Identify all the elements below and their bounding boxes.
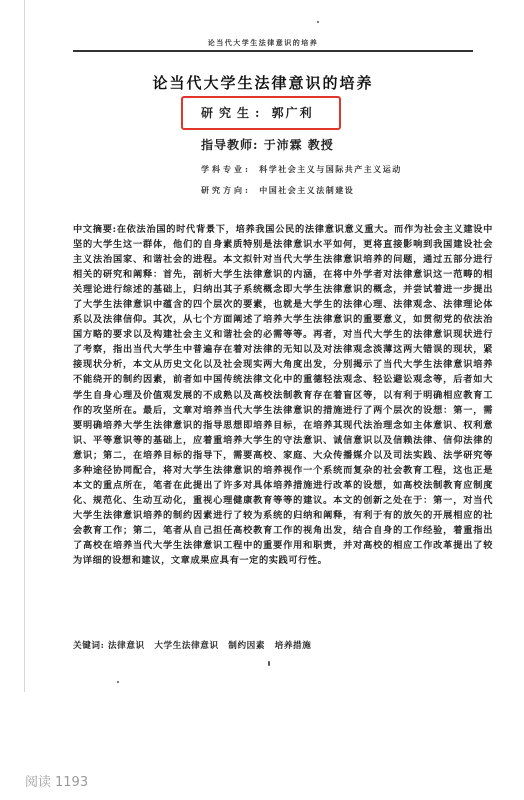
keywords-label: 关键词:	[73, 641, 104, 651]
research-direction-line: 研究方向: 中国社会主义法制建设	[201, 185, 354, 196]
header-rule	[73, 50, 473, 52]
discipline-label: 学科专业:	[201, 164, 251, 174]
abstract-label: 中文摘要:	[73, 224, 117, 235]
scan-speck	[317, 21, 319, 23]
scan-speck	[117, 681, 119, 683]
abstract-paragraph: 中文摘要:在依法治国的时代背景下，培养我国公民的法律意识意义重大。而作为社会主义…	[73, 222, 493, 568]
keyword-item: 大学生法律意识	[154, 641, 218, 651]
running-header: 论当代大学生法律意识的培养	[73, 38, 453, 48]
keyword-item: 培养措施	[275, 641, 312, 651]
abstract-text: 在依法治国的时代背景下，培养我国公民的法律意识意义重大。而作为社会主义建设中坚的…	[73, 224, 493, 566]
research-direction-value: 中国社会主义法制建设	[259, 185, 354, 195]
research-direction-label: 研究方向:	[201, 185, 251, 195]
advisor-name: 于沛霖 教授	[264, 138, 334, 152]
read-count-value: 1193	[55, 775, 88, 790]
scan-speck	[268, 661, 270, 666]
document-title: 论当代大学生法律意识的培养	[25, 72, 501, 93]
author-line: 研究生: 郭广利	[201, 104, 314, 121]
document-page-image[interactable]: 论当代大学生法律意识的培养 论当代大学生法律意识的培养 研究生: 郭广利 指导教…	[24, 0, 500, 692]
discipline-value: 科学社会主义与国际共产主义运动	[259, 164, 402, 174]
read-label: 阅读	[25, 775, 51, 790]
keywords-line: 关键词: 法律意识 大学生法律意识 制约因素 培养措施	[73, 639, 493, 651]
advisor-line: 指导教师: 于沛霖 教授	[201, 136, 334, 153]
discipline-line: 学科专业: 科学社会主义与国际共产主义运动	[201, 164, 402, 175]
advisor-label: 指导教师:	[201, 138, 258, 152]
keyword-item: 制约因素	[228, 641, 265, 651]
author-label: 研究生:	[201, 106, 265, 120]
read-count: 阅读1193	[25, 771, 88, 790]
author-name: 郭广利	[272, 106, 314, 120]
keyword-item: 法律意识	[108, 641, 145, 651]
